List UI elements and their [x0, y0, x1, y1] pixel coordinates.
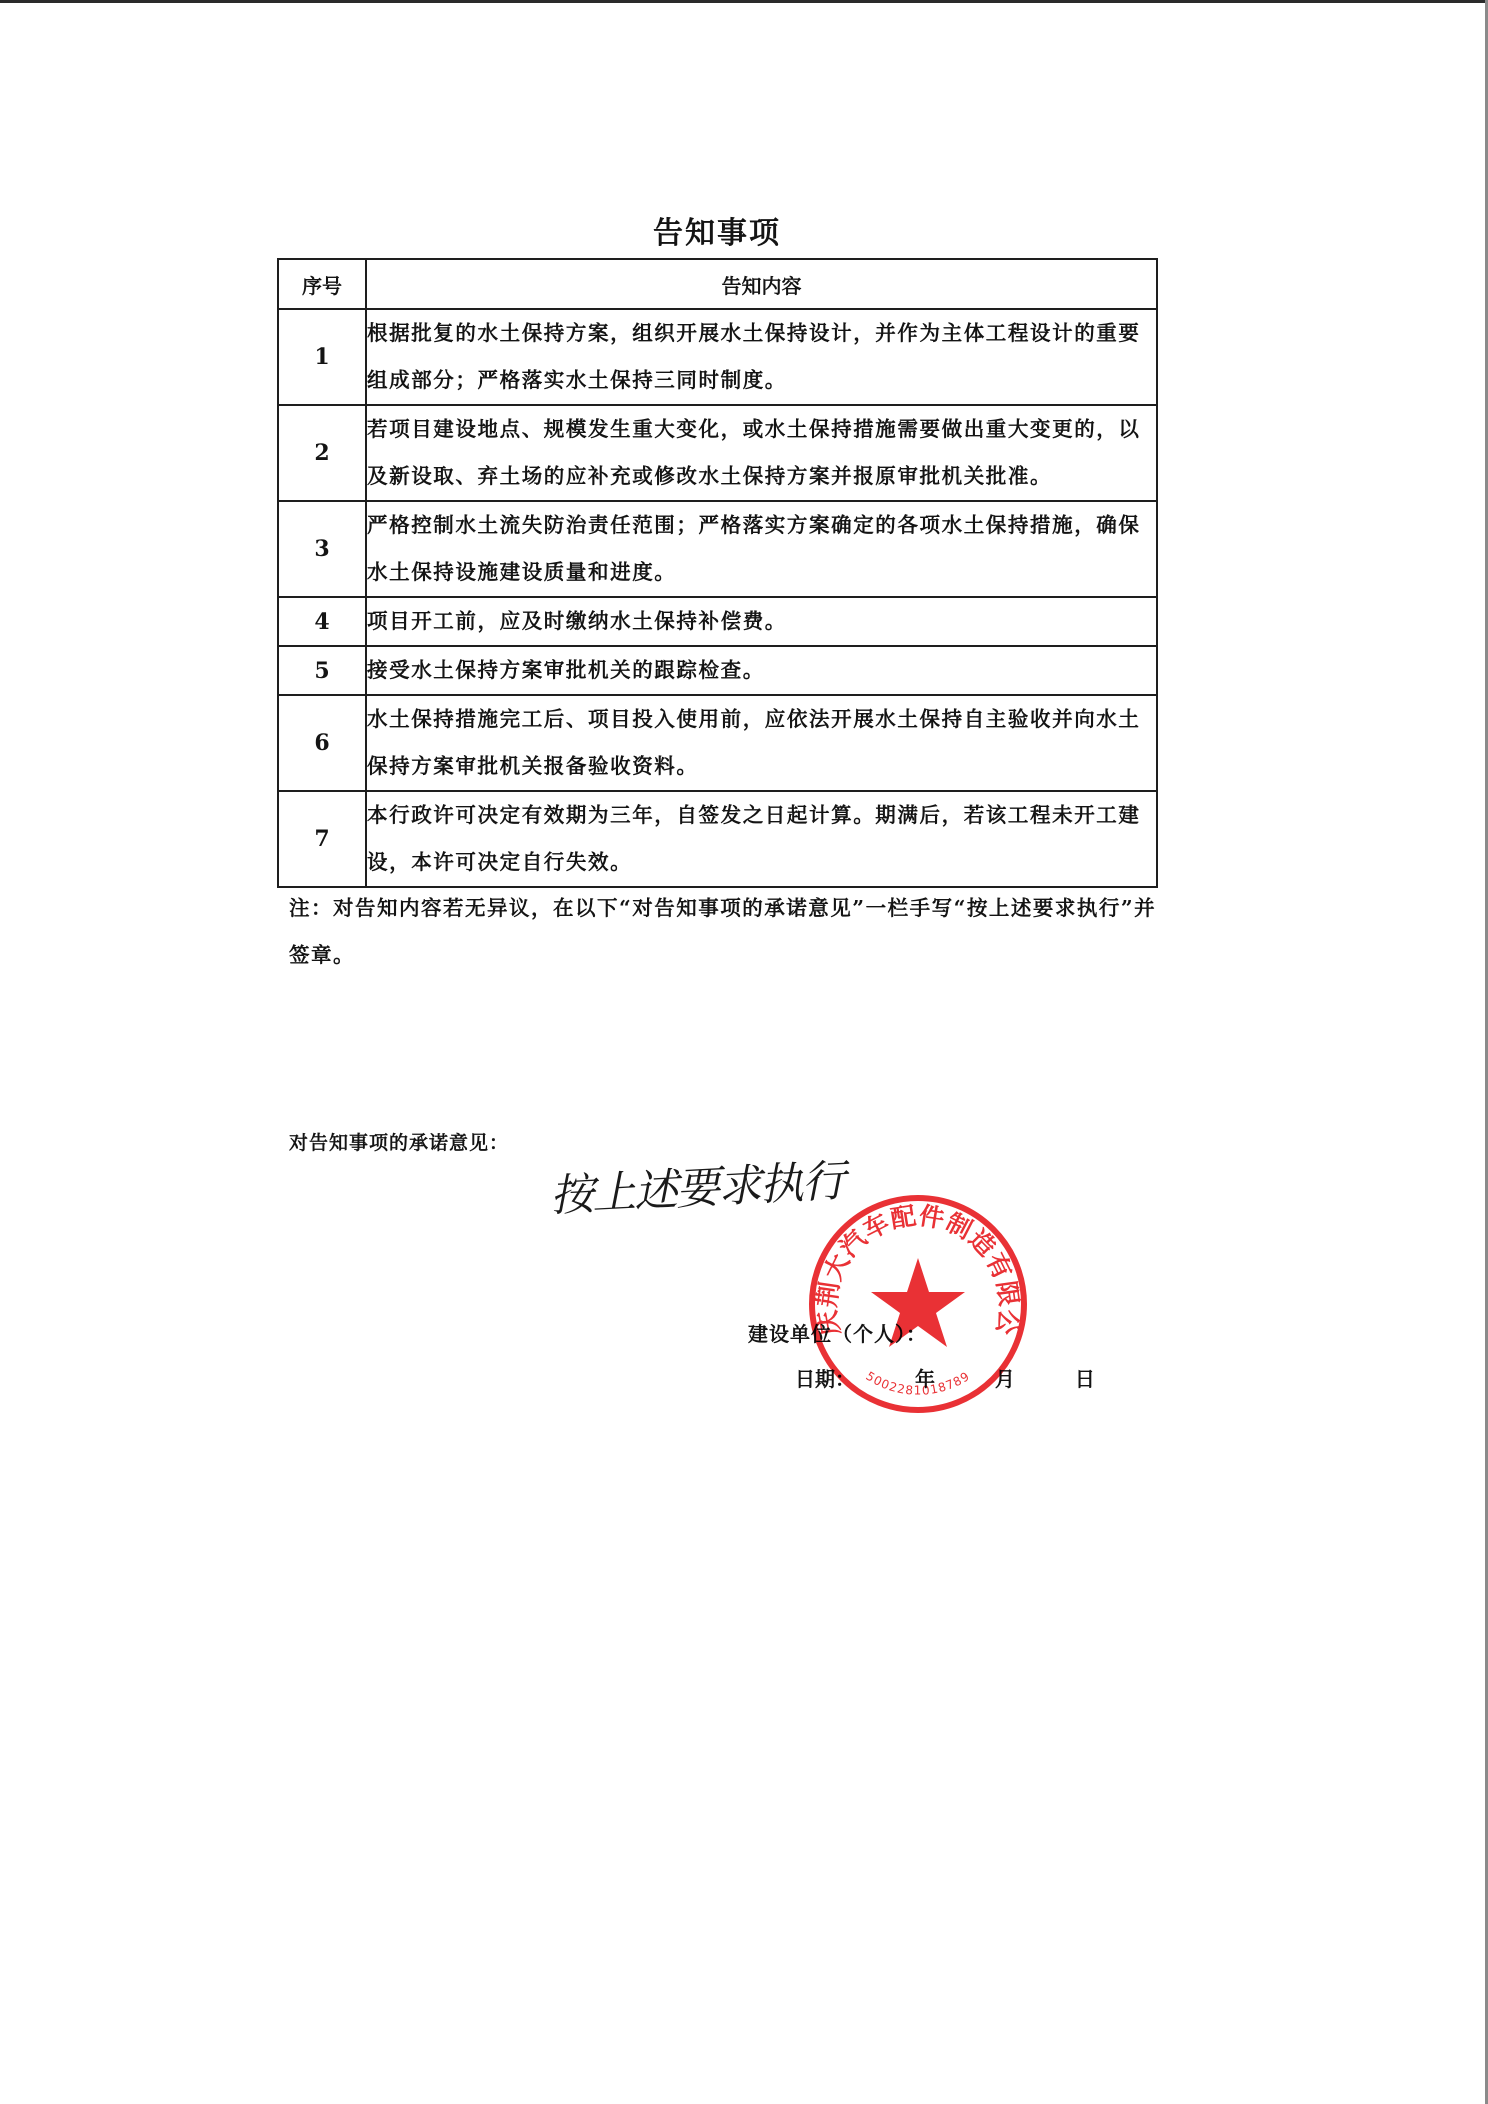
header-serial-number: 序号 — [278, 259, 366, 309]
table-header-row: 序号 告知内容 — [278, 259, 1157, 309]
date-label: 日期： — [795, 1363, 855, 1392]
table-row: 3 严格控制水土流失防治责任范围；严格落实方案确定的各项水土保持措施，确保水土保… — [278, 501, 1157, 597]
note-text: 注：对告知内容若无异议，在以下“对告知事项的承诺意见”一栏手写“按上述要求执行”… — [289, 885, 1169, 979]
date-month: 月 — [995, 1363, 1015, 1392]
table-row: 5 接受水土保持方案审批机关的跟踪检查。 — [278, 646, 1157, 695]
row-content: 严格控制水土流失防治责任范围；严格落实方案确定的各项水土保持措施，确保水土保持设… — [366, 501, 1157, 597]
row-number: 2 — [278, 405, 366, 501]
row-content: 本行政许可决定有效期为三年，自签发之日起计算。期满后，若该工程未开工建设，本许可… — [366, 791, 1157, 887]
date-row: 日期： 年 月 日 — [795, 1363, 1095, 1392]
table-row: 4 项目开工前，应及时缴纳水土保持补偿费。 — [278, 597, 1157, 646]
table-row: 7 本行政许可决定有效期为三年，自签发之日起计算。期满后，若该工程未开工建设，本… — [278, 791, 1157, 887]
row-number: 5 — [278, 646, 366, 695]
row-number: 6 — [278, 695, 366, 791]
row-content: 水土保持措施完工后、项目投入使用前，应依法开展水土保持自主验收并向水土保持方案审… — [366, 695, 1157, 791]
row-content: 接受水土保持方案审批机关的跟踪检查。 — [366, 646, 1157, 695]
header-notice-content: 告知内容 — [366, 259, 1157, 309]
table-row: 2 若项目建设地点、规模发生重大变化，或水土保持措施需要做出重大变更的，以及新设… — [278, 405, 1157, 501]
page-top-edge — [0, 0, 1488, 3]
row-number: 3 — [278, 501, 366, 597]
notice-table: 序号 告知内容 1 根据批复的水土保持方案，组织开展水土保持设计，并作为主体工程… — [277, 258, 1158, 888]
row-number: 7 — [278, 791, 366, 887]
handwritten-commitment: 按上述要求执行 — [548, 1143, 871, 1230]
commitment-label: 对告知事项的承诺意见： — [289, 1128, 509, 1155]
row-content: 项目开工前，应及时缴纳水土保持补偿费。 — [366, 597, 1157, 646]
row-content: 根据批复的水土保持方案，组织开展水土保持设计，并作为主体工程设计的重要组成部分；… — [366, 309, 1157, 405]
date-year: 年 — [915, 1363, 935, 1392]
builder-label: 建设单位（个人）： — [748, 1318, 927, 1347]
row-content: 若项目建设地点、规模发生重大变化，或水土保持措施需要做出重大变更的，以及新设取、… — [366, 405, 1157, 501]
row-number: 1 — [278, 309, 366, 405]
date-day: 日 — [1075, 1363, 1095, 1392]
table-row: 1 根据批复的水土保持方案，组织开展水土保持设计，并作为主体工程设计的重要组成部… — [278, 309, 1157, 405]
table-row: 6 水土保持措施完工后、项目投入使用前，应依法开展水土保持自主验收并向水土保持方… — [278, 695, 1157, 791]
document-title: 告知事项 — [277, 216, 1157, 252]
row-number: 4 — [278, 597, 366, 646]
